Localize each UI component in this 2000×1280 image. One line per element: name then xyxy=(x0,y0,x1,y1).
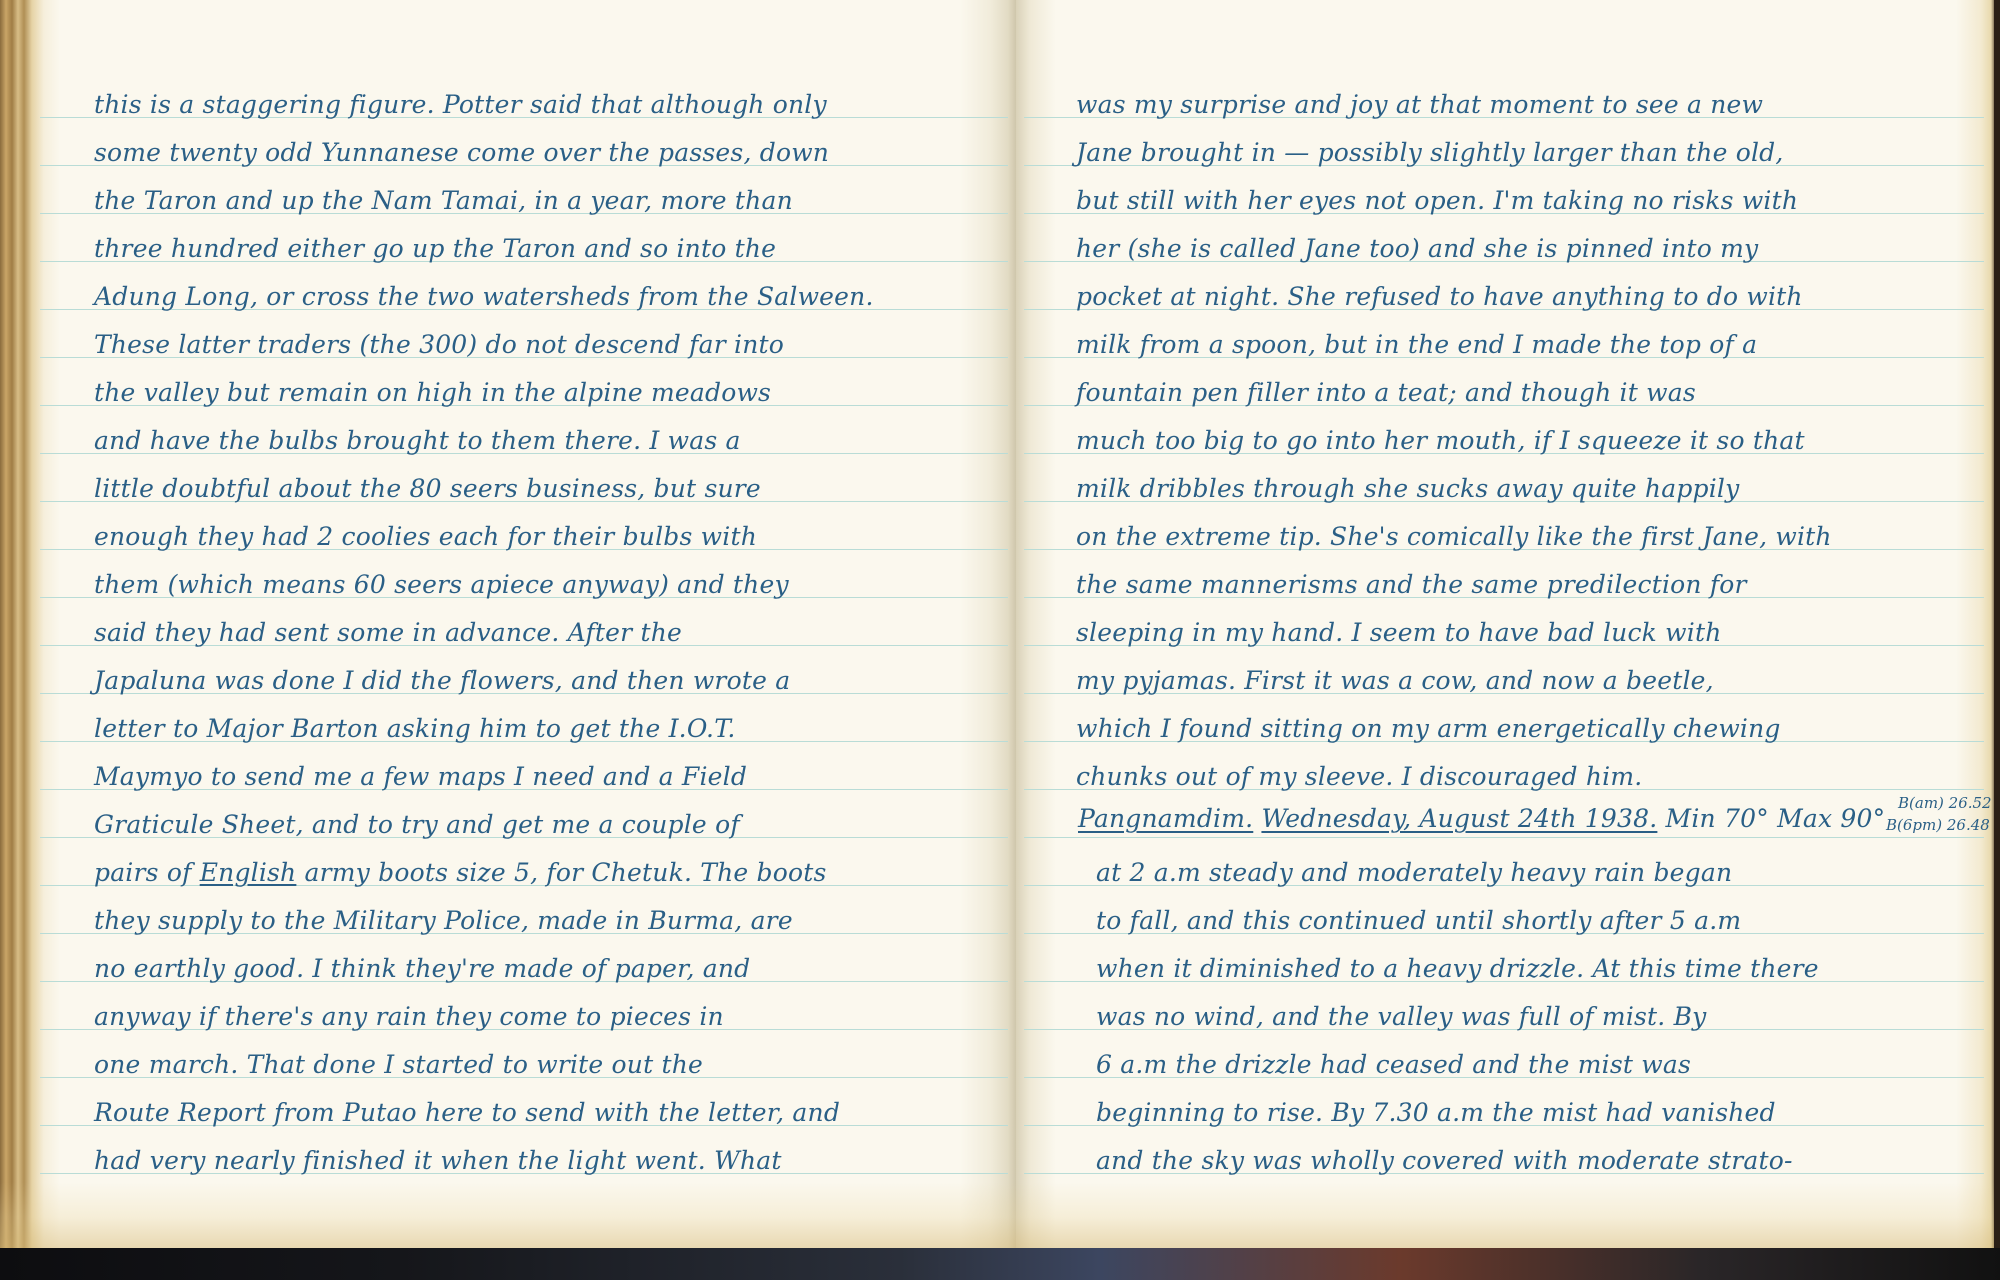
left-notebook-page: this is a staggering figure. Potter said… xyxy=(0,0,1016,1252)
handwritten-line: some twenty odd Yunnanese come over the … xyxy=(94,138,829,168)
handwritten-line: the valley but remain on high in the alp… xyxy=(94,378,771,408)
underlined-word: English xyxy=(200,858,297,887)
handwritten-line: Adung Long, or cross the two watersheds … xyxy=(94,282,874,312)
handwritten-line: no earthly good. I think they're made of… xyxy=(94,954,750,984)
handwritten-line: them (which means 60 seers apiece anyway… xyxy=(94,570,789,600)
diary-entry-heading: Pangnamdim. Wednesday, August 24th 1938.… xyxy=(1078,804,1885,834)
handwritten-line: enough they had 2 coolies each for their… xyxy=(94,522,757,552)
handwritten-line: Japaluna was done I did the flowers, and… xyxy=(94,666,790,696)
handwritten-line: letter to Major Barton asking him to get… xyxy=(94,714,736,744)
handwritten-line: three hundred either go up the Taron and… xyxy=(94,234,776,264)
book-cover-edge xyxy=(1994,0,2000,1252)
handwritten-line: fountain pen filler into a teat; and tho… xyxy=(1076,378,1696,408)
handwritten-line: Route Report from Putao here to send wit… xyxy=(94,1098,840,1128)
handwritten-line: pairs of English army boots size 5, for … xyxy=(94,858,827,888)
handwritten-line: much too big to go into her mouth, if I … xyxy=(1076,426,1805,456)
handwritten-line: this is a staggering figure. Potter said… xyxy=(94,90,827,120)
handwritten-line: but still with her eyes not open. I'm ta… xyxy=(1076,186,1798,216)
max-temperature: Max 90° xyxy=(1777,804,1885,833)
handwritten-line: These latter traders (the 300) do not de… xyxy=(94,330,784,360)
entry-place: Pangnamdim. xyxy=(1078,804,1253,833)
handwritten-line: milk dribbles through she sucks away qui… xyxy=(1076,474,1739,504)
handwritten-line: to fall, and this continued until shortl… xyxy=(1096,906,1741,936)
handwritten-line: little doubtful about the 80 seers busin… xyxy=(94,474,761,504)
handwritten-line: pocket at night. She refused to have any… xyxy=(1076,282,1803,312)
handwritten-line: milk from a spoon, but in the end I made… xyxy=(1076,330,1757,360)
handwritten-line: and the sky was wholly covered with mode… xyxy=(1096,1146,1793,1176)
page-stain xyxy=(1016,1182,1996,1252)
barometer-am: B(am) 26.52 xyxy=(1898,794,1992,812)
handwritten-line: chunks out of my sleeve. I discouraged h… xyxy=(1076,762,1642,792)
barometer-pm: B(6pm) 26.48 xyxy=(1886,816,1990,834)
handwritten-line: Graticule Sheet, and to try and get me a… xyxy=(94,810,740,840)
handwritten-line: had very nearly finished it when the lig… xyxy=(94,1146,782,1176)
handwritten-line: her (she is called Jane too) and she is … xyxy=(1076,234,1758,264)
handwritten-line: my pyjamas. First it was a cow, and now … xyxy=(1076,666,1714,696)
handwritten-line: at 2 a.m steady and moderately heavy rai… xyxy=(1096,858,1732,888)
handwritten-line: the Taron and up the Nam Tamai, in a yea… xyxy=(94,186,793,216)
handwritten-line: and have the bulbs brought to them there… xyxy=(94,426,741,456)
handwritten-line: sleeping in my hand. I seem to have bad … xyxy=(1076,618,1722,648)
handwritten-line: they supply to the Military Police, made… xyxy=(94,906,793,936)
page-stain xyxy=(0,1182,1016,1252)
handwritten-line: one march. That done I started to write … xyxy=(94,1050,703,1080)
entry-date: Wednesday, August 24th 1938. xyxy=(1261,804,1657,833)
handwritten-line: when it diminished to a heavy drizzle. A… xyxy=(1096,954,1819,984)
background-surface xyxy=(0,1248,2000,1280)
handwritten-line: was my surprise and joy at that moment t… xyxy=(1076,90,1763,120)
handwritten-line: beginning to rise. By 7.30 a.m the mist … xyxy=(1096,1098,1776,1128)
ruled-line xyxy=(1024,837,1984,838)
min-temperature: Min 70° xyxy=(1666,804,1769,833)
handwritten-line: 6 a.m the drizzle had ceased and the mis… xyxy=(1096,1050,1691,1080)
handwritten-line: the same mannerisms and the same predile… xyxy=(1076,570,1747,600)
handwritten-line: which I found sitting on my arm energeti… xyxy=(1076,714,1781,744)
handwritten-line: Maymyo to send me a few maps I need and … xyxy=(94,762,747,792)
handwritten-line: was no wind, and the valley was full of … xyxy=(1096,1002,1707,1032)
handwritten-line: on the extreme tip. She's comically like… xyxy=(1076,522,1832,552)
handwritten-line: said they had sent some in advance. Afte… xyxy=(94,618,682,648)
handwritten-line: anyway if there's any rain they come to … xyxy=(94,1002,724,1032)
handwritten-line: Jane brought in — possibly slightly larg… xyxy=(1076,138,1784,168)
right-notebook-page: was my surprise and joy at that moment t… xyxy=(1016,0,1996,1252)
